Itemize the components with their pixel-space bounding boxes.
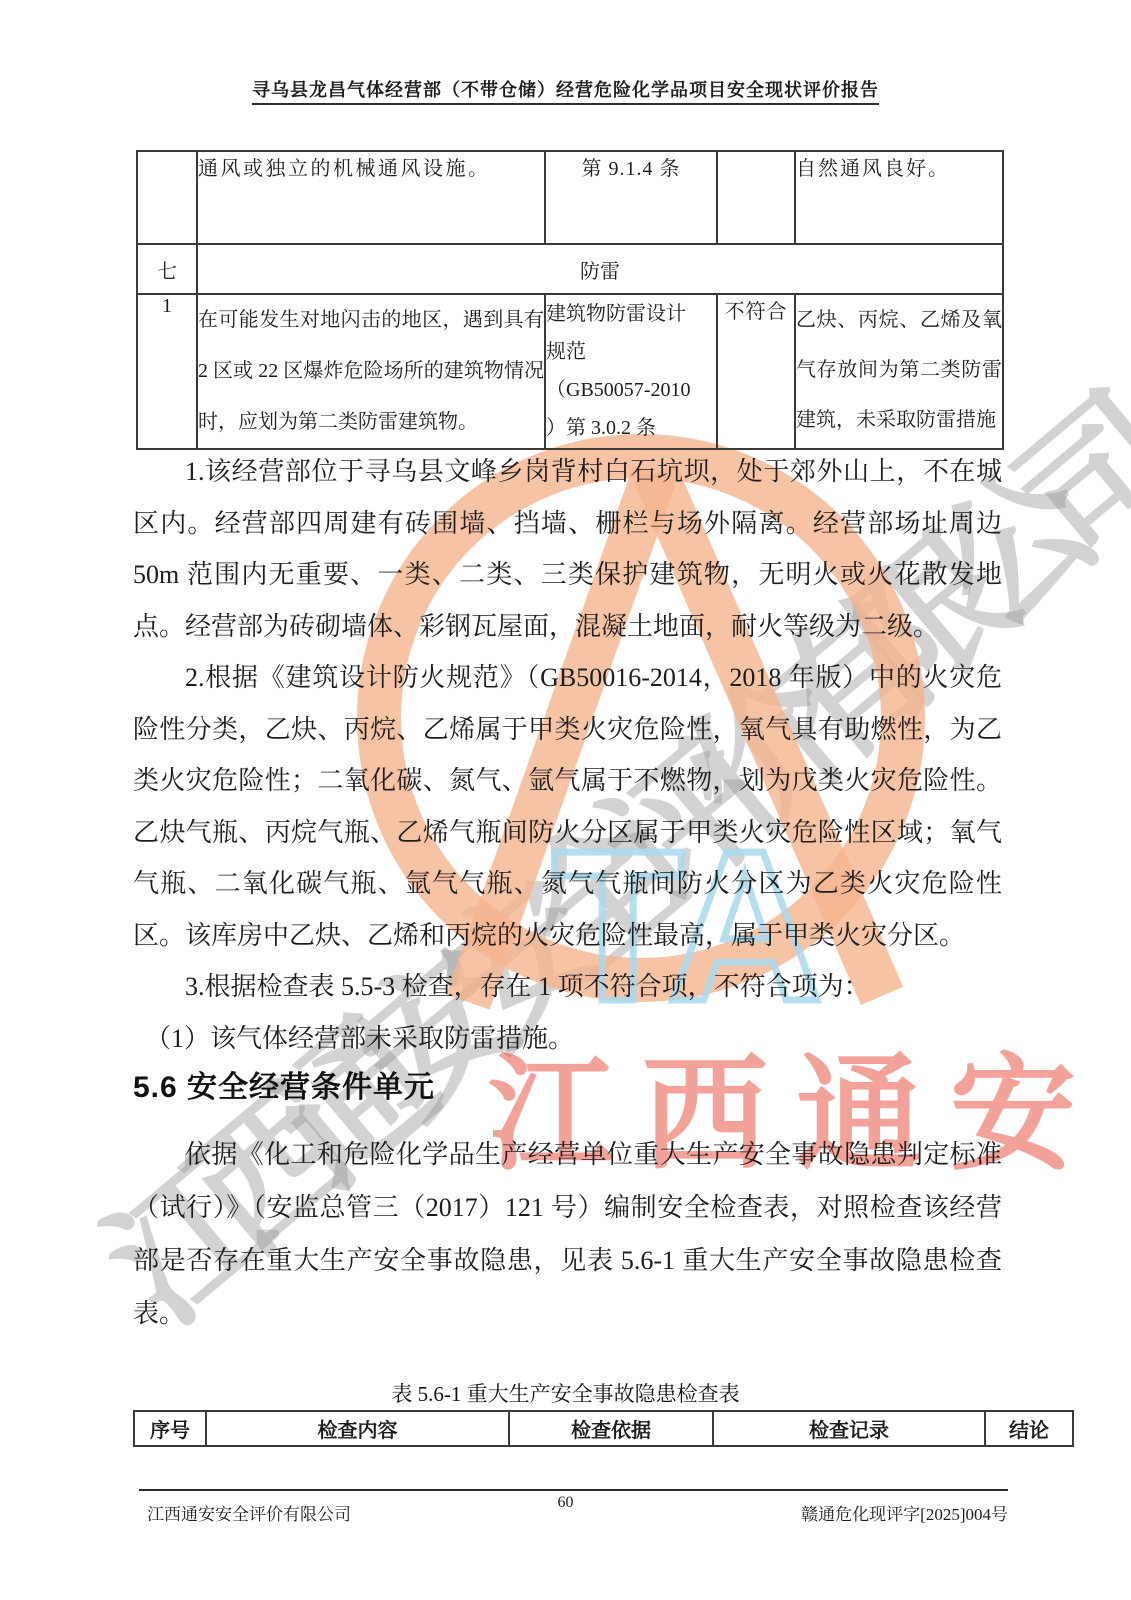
cell-check-record: 自然通风良好。 (795, 151, 1003, 244)
cell-section-index: 七 (137, 244, 197, 294)
table-row: 1 在可能发生对地闪击的地区，遇到具有 2 区或 22 区爆炸危险场所的建筑物情… (137, 294, 1003, 449)
paragraph-5: 依据《化工和危险化学品生产经营单位重大生产安全事故隐患判定标准（试行）》（安监总… (133, 1128, 1002, 1340)
header-content: 检查内容 (206, 1411, 509, 1446)
hazard-checklist-table: 序号 检查内容 检查依据 检查记录 结论 (133, 1410, 1074, 1447)
paragraph-4: （1）该气体经营部未采取防雷措施。 (133, 1013, 1002, 1065)
basis-line: 建筑物防雷设计 (546, 295, 716, 333)
paragraph-3: 3.根据检查表 5.5-3 检查，存在 1 项不符合项，不符合项为： (133, 961, 1002, 1013)
footer-document-number: 赣通危化现评字[2025]004号 (801, 1500, 1008, 1525)
basis-line: （GB50057-2010 (546, 371, 716, 409)
section-heading: 5.6 安全经营条件单元 (133, 1062, 435, 1106)
cell-conclusion: 不符合 (717, 294, 795, 449)
header-basis: 检查依据 (509, 1411, 713, 1446)
cell-check-basis: 建筑物防雷设计 规范 （GB50057-2010 ）第 3.0.2 条 (545, 294, 717, 449)
table-row: 通风或独立的机械通风设施。 第 9.1.4 条 自然通风良好。 (137, 151, 1003, 244)
cell-index (137, 151, 197, 244)
basis-line: 规范 (546, 333, 716, 371)
header-conclusion: 结论 (985, 1411, 1073, 1446)
page-content: 寻乌县龙昌气体经营部（不带仓储）经营危险化学品项目安全现状评价报告 通风或独立的… (0, 0, 1131, 1600)
basis-line: ）第 3.0.2 条 (546, 409, 716, 447)
table-caption: 表 5.6-1 重大生产安全事故隐患检查表 (0, 1378, 1131, 1408)
paragraph-2: 2.根据《建筑设计防火规范》（GB50016-2014，2018 年版）中的火灾… (133, 652, 1002, 961)
body-paragraphs: 1.该经营部位于寻乌县文峰乡岗背村白石坑坝，处于郊外山上，不在城区内。经营部四周… (133, 446, 1002, 1064)
header-record: 检查记录 (713, 1411, 985, 1446)
cell-section-title: 防雷 (197, 244, 1003, 294)
body-paragraphs: 依据《化工和危险化学品生产经营单位重大生产安全事故隐患判定标准（试行）》（安监总… (133, 1128, 1002, 1340)
document-page: 江西通安安全评价有限公司 TA 江西通安 寻乌县龙昌气体经营部（不带仓储）经营危… (0, 0, 1131, 1600)
cell-check-content: 在可能发生对地闪击的地区，遇到具有 2 区或 22 区爆炸危险场所的建筑物情况时… (197, 294, 545, 449)
table-header-row: 序号 检查内容 检查依据 检查记录 结论 (134, 1411, 1073, 1446)
cell-index: 1 (137, 294, 197, 449)
footer-company-name: 江西通安安全评价有限公司 (147, 1500, 351, 1525)
paragraph-1: 1.该经营部位于寻乌县文峰乡岗背村白石坑坝，处于郊外山上，不在城区内。经营部四周… (133, 446, 1002, 652)
header-serial: 序号 (134, 1411, 206, 1446)
cell-conclusion (717, 151, 795, 244)
document-title: 寻乌县龙昌气体经营部（不带仓储）经营危险化学品项目安全现状评价报告 (252, 80, 879, 105)
cell-check-content: 通风或独立的机械通风设施。 (197, 151, 545, 244)
page-header: 寻乌县龙昌气体经营部（不带仓储）经营危险化学品项目安全现状评价报告 (0, 76, 1131, 102)
cell-check-record: 乙炔、丙烷、乙烯及氧气存放间为第二类防雷建筑，未采取防雷措施 (795, 294, 1003, 449)
cell-check-basis: 第 9.1.4 条 (545, 151, 717, 244)
safety-check-table-continued: 通风或独立的机械通风设施。 第 9.1.4 条 自然通风良好。 七 防雷 1 在… (136, 150, 1004, 450)
table-row: 七 防雷 (137, 244, 1003, 294)
footer-divider (139, 1489, 1008, 1491)
